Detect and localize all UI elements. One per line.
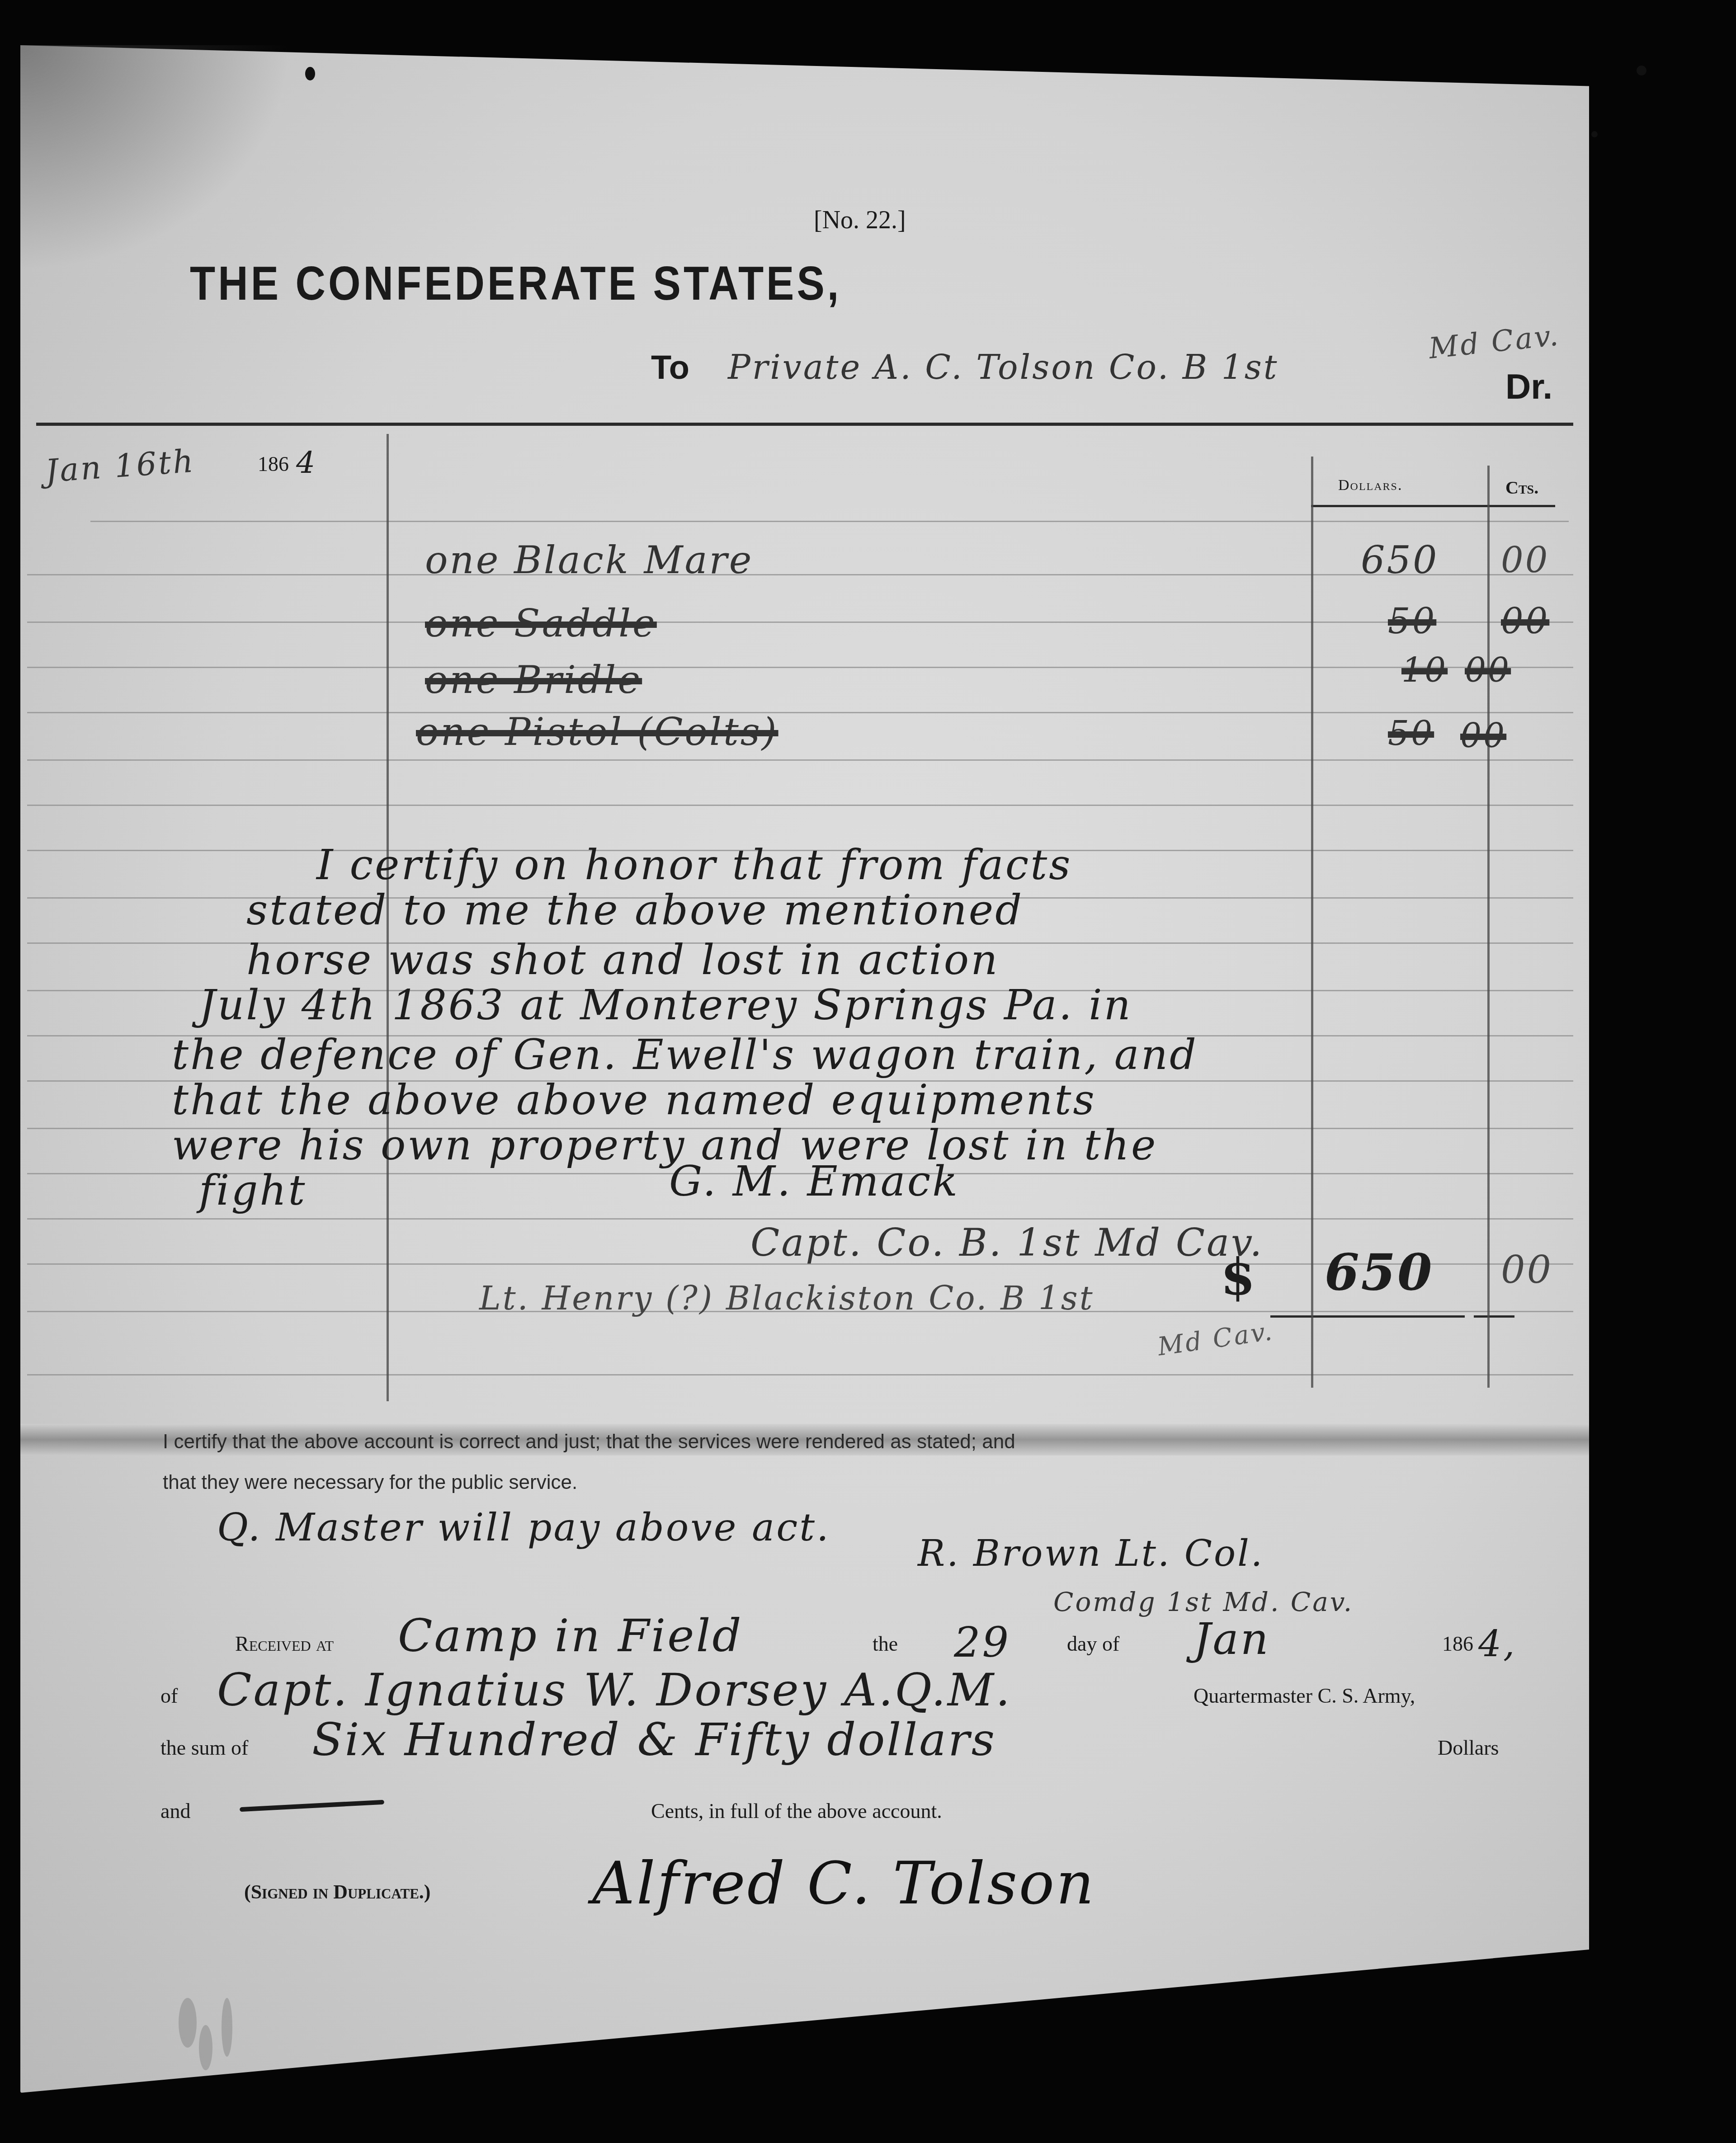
item-dollars: 650 [1361, 538, 1439, 582]
received-place: Camp in Field [398, 1609, 743, 1662]
certification-line: I certify on honor that from facts [316, 841, 1072, 889]
cents-label: Cents, in full of the above account. [651, 1799, 942, 1823]
certification-line: stated to me the above mentioned [246, 886, 1024, 934]
certification-line: July 4th 1863 at Monterey Springs Pa. in [199, 981, 1132, 1029]
paper-stain [179, 1998, 197, 2048]
approver-signature: R. Brown Lt. Col. [918, 1532, 1264, 1574]
certification-line: horse was shot and lost in action [246, 936, 999, 984]
received-year-printed: 186 [1442, 1632, 1473, 1656]
received-month: Jan [1193, 1614, 1270, 1664]
certification-line: that the above above named equipments [172, 1076, 1096, 1124]
approver-title: Comdg 1st Md. Cav. [1053, 1587, 1354, 1617]
item-cents: 00 [1501, 540, 1549, 581]
form-title: THE CONFEDERATE STATES, [190, 256, 841, 311]
form-number: [No. 22.] [814, 206, 906, 235]
received-day: 29 [954, 1618, 1010, 1667]
total-cents: 00 [1501, 1248, 1553, 1292]
item-dollars: 50 [1388, 601, 1436, 642]
payee-signature: Alfred C. Tolson [592, 1849, 1096, 1917]
quartermaster-note: Q. Master will pay above act. [217, 1505, 830, 1550]
certifier-title: Capt. Co. B. 1st Md Cav. [750, 1220, 1264, 1265]
payer-title: Quartermaster C. S. Army, [1193, 1684, 1415, 1708]
dollars-label: Dollars [1438, 1736, 1499, 1760]
total-dollars: 650 [1325, 1243, 1434, 1301]
date-year-written: 4 [296, 445, 317, 480]
item-description: one Saddle [425, 601, 657, 645]
certification-line: the defence of Gen. Ewell's wagon train,… [172, 1031, 1198, 1079]
certifier-signature: G. M. Emack [669, 1157, 959, 1206]
item-dollars: 50 [1388, 714, 1434, 753]
day-of-label: day of [1067, 1632, 1119, 1656]
received-label: Received at [235, 1632, 334, 1656]
item-description: one Bridle [425, 658, 642, 702]
sum-label: the sum of [160, 1736, 248, 1760]
item-cents: 00 [1465, 651, 1511, 690]
approval-printed-line: that they were necessary for the public … [163, 1471, 577, 1494]
debtor-label: Dr. [1505, 366, 1552, 407]
total-dollar-sign: $ [1221, 1248, 1257, 1306]
witness-signature: Lt. Henry (?) Blackiston Co. B 1st [479, 1279, 1094, 1317]
date-year-printed: 186 [258, 452, 289, 476]
payee-name: Private A. C. Tolson Co. B 1st [728, 348, 1278, 387]
cents-column-header: Cts. [1505, 477, 1538, 498]
paper-stain [222, 1998, 232, 2057]
item-description: one Black Mare [425, 538, 753, 582]
pin-hole-mark [1637, 66, 1646, 75]
item-cents: 00 [1460, 716, 1506, 755]
received-year-written: 4, [1478, 1623, 1516, 1665]
to-label: To [651, 348, 689, 386]
dollars-column-header: Dollars. [1338, 477, 1402, 494]
pin-hole-mark [1591, 131, 1598, 137]
pin-hole-mark [305, 67, 315, 80]
approval-printed-line: I certify that the above account is corr… [163, 1431, 1015, 1453]
item-dollars: 10 [1401, 651, 1448, 690]
the-label: the [873, 1632, 898, 1656]
and-label: and [160, 1799, 190, 1823]
paper-stain [20, 45, 292, 271]
certification-line: were his own property and were lost in t… [172, 1121, 1157, 1169]
sum-written: Six Hundred & Fifty dollars [312, 1713, 996, 1766]
signed-in-duplicate-label: (Signed in Duplicate.) [244, 1880, 431, 1903]
paper-stain [199, 2025, 212, 2070]
item-description: one Pistol (Colts) [416, 710, 778, 754]
payer-name: Capt. Ignatius W. Dorsey A.Q.M. [217, 1663, 1012, 1716]
of-label: of [160, 1684, 178, 1708]
item-cents: 00 [1501, 601, 1549, 642]
certification-line: fight [199, 1166, 307, 1215]
